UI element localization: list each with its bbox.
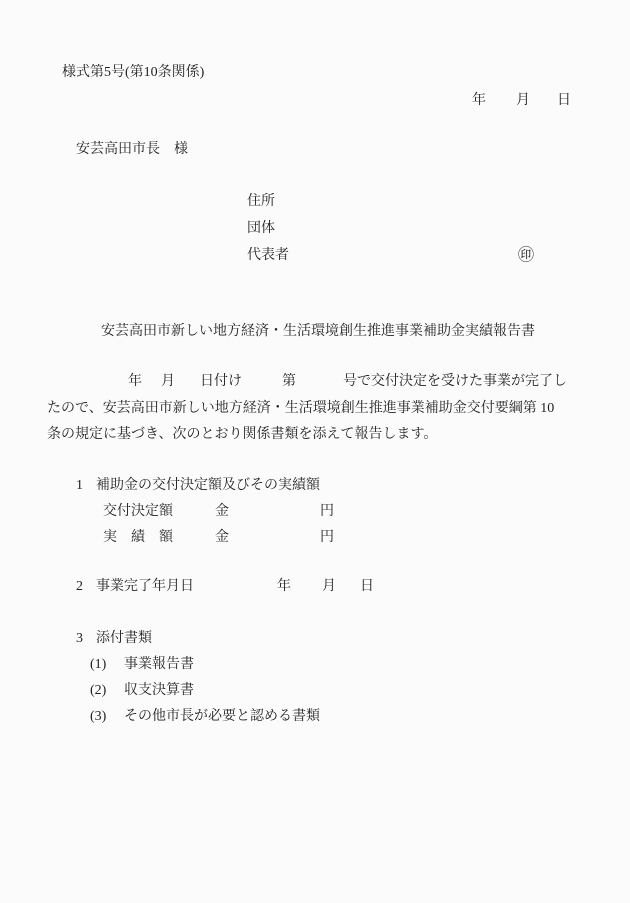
applicant-address-label: 住所 [247,193,275,211]
decision-date-year-label: 年 [128,373,142,391]
addressee: 安芸高田市長 様 [76,141,188,159]
attachment-1-text: 事業報告書 [124,656,194,674]
section-3-number: 3 [76,630,83,648]
completion-date-day-label: 日 [360,578,374,596]
completion-date-year-label: 年 [277,578,291,596]
actual-amount-yen-label: 円 [320,529,334,547]
document-title: 安芸高田市新しい地方経済・生活環境創生推進事業補助金実績報告書 [101,323,535,341]
decided-amount-yen-label: 円 [320,503,334,521]
applicant-representative-label: 代表者 [247,247,289,265]
attachment-2-number: (2) [90,682,106,700]
decided-amount-label: 交付決定額 [103,503,173,521]
document-page: 様式第5号(第10条関係) 年 月 日 安芸高田市長 様 住所 団体 代表者 ㊞… [0,0,630,903]
body-paragraph-line2: たので、安芸高田市新しい地方経済・生活環境創生推進事業補助金交付要綱第 10 [47,400,554,418]
actual-amount-kin-label: 金 [215,529,229,547]
seal-mark: ㊞ [518,247,534,265]
completion-date-month-label: 月 [322,578,336,596]
section-1-heading: 補助金の交付決定額及びその実績額 [96,477,320,495]
decision-date-month-label: 月 [161,373,175,391]
section-3-heading: 添付書類 [96,630,152,648]
header-date-day-label: 日 [557,92,571,110]
form-number: 様式第5号(第10条関係) [62,64,204,82]
attachment-1-number: (1) [90,656,106,674]
applicant-organization-label: 団体 [247,220,275,238]
attachment-3-number: (3) [90,708,106,726]
section-2-heading: 事業完了年月日 [96,578,194,596]
body-paragraph-line3: 条の規定に基づき、次のとおり関係書類を添えて報告します。 [47,426,437,444]
section-1-number: 1 [76,477,83,495]
decided-amount-kin-label: 金 [215,503,229,521]
header-date-year-label: 年 [472,92,486,110]
attachment-2-text: 収支決算書 [124,682,194,700]
body-line1-text: 号で交付決定を受けた事業が完了し [343,373,567,391]
attachment-3-text: その他市長が必要と認める書類 [124,708,320,726]
actual-amount-label: 実 績 額 [103,529,173,547]
decision-date-day-label: 日付け [200,373,242,391]
document-number-prefix: 第 [282,373,296,391]
section-2-number: 2 [76,578,83,596]
header-date-month-label: 月 [516,92,530,110]
